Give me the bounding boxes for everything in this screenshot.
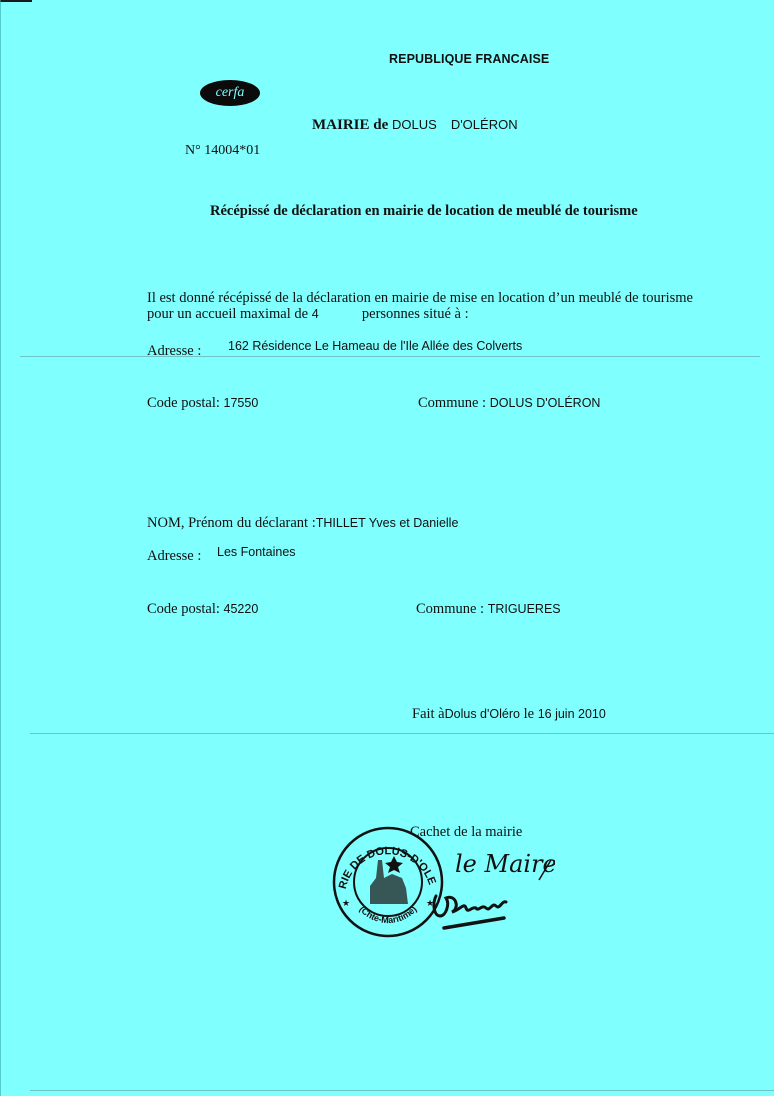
declarant-address-value: Les Fontaines [217, 545, 296, 559]
svg-text:(Chte-Maritime): (Chte-Maritime) [357, 904, 418, 925]
property-commune-label: Commune : DOLUS D'OLÉRON [418, 395, 600, 412]
declarant-address-label: Adresse : [147, 548, 201, 565]
property-address-label: Adresse : [147, 343, 201, 360]
mairie-heading: MAIRIE de DOLUSD'OLÉRON [312, 117, 518, 134]
mairie-name-1: DOLUS [392, 117, 437, 132]
property-commune-value: DOLUS D'OLÉRON [490, 396, 601, 410]
republic-header: REPUBLIQUE FRANCAISE [389, 52, 549, 66]
cerfa-logo: cerfa [200, 80, 260, 106]
svg-text:le Maire: le Maire [455, 850, 555, 878]
scan-corner-mark [0, 0, 32, 2]
declarant-name-label: NOM, Prénom du déclarant :THILLET Yves e… [147, 515, 458, 532]
bottom-rule [30, 1090, 774, 1091]
max-persons-value: 4 [312, 307, 319, 321]
property-address-value: 162 Résidence Le Hameau de l'Ile Allée d… [228, 339, 522, 353]
date-rule [30, 733, 774, 734]
form-number: N° 14004*01 [185, 143, 260, 159]
fait-place: Dolus d'Oléro [445, 707, 520, 721]
property-postal-label: Code postal: 17550 [147, 395, 258, 412]
signature-date: 16 juin 2010 [538, 707, 606, 721]
declarant-postal-value: 45220 [224, 602, 259, 616]
intro-line-2: pour un accueil maximal de 4 personnes s… [147, 306, 469, 323]
fait-line: Fait àDolus d'Oléro le 16 juin 2010 [412, 706, 606, 723]
declarant-commune-label: Commune : TRIGUERES [416, 601, 561, 618]
mayor-signature-icon [430, 882, 515, 932]
declarant-name-value: THILLET Yves et Danielle [316, 516, 459, 530]
mairie-label: MAIRIE de [312, 117, 388, 133]
declarant-postal-label: Code postal: 45220 [147, 601, 258, 618]
scan-left-edge [0, 0, 1, 1096]
declarant-commune-value: TRIGUERES [488, 602, 561, 616]
document-title: Récépissé de déclaration en mairie de lo… [210, 203, 638, 220]
intro-prefix: pour un accueil maximal de [147, 306, 308, 322]
cachet-label: Cachet de la mairie [410, 824, 522, 841]
svg-text:★: ★ [342, 898, 350, 908]
mairie-name-2: D'OLÉRON [451, 117, 518, 132]
address-rule [20, 356, 760, 357]
intro-line-1: Il est donné récépissé de la déclaration… [147, 290, 693, 307]
intro-suffix: personnes situé à : [362, 306, 469, 322]
mairie-stamp-icon: MAIRIE DE DOLUS-D'OLERON (Chte-Maritime)… [332, 826, 444, 938]
property-postal-value: 17550 [224, 396, 259, 410]
